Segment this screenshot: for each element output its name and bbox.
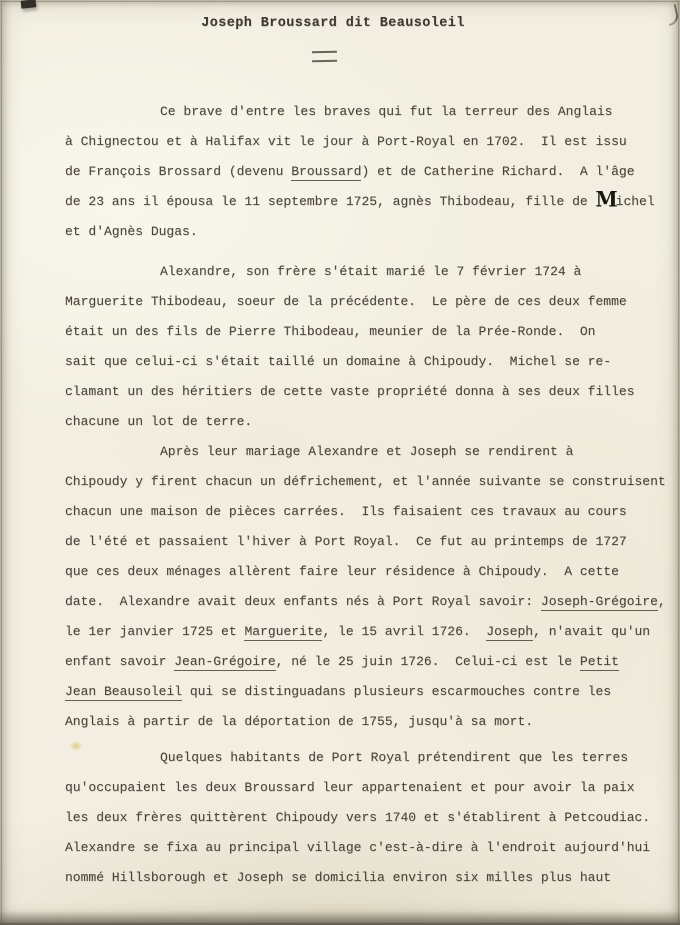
text-segment: Alexandre, son frère s'était marié le 7 … <box>160 264 581 279</box>
text-segment: à Chignectou et à Halifax vit le jour à … <box>65 134 627 149</box>
text-line: que ces deux ménages allèrent faire leur… <box>65 557 670 587</box>
text-line: Quelques habitants de Port Royal prétend… <box>65 743 670 773</box>
text-segment: ) et de Catherine Richard. A l'âge <box>361 164 634 179</box>
text-line: enfant savoir Jean-Grégoire, né le 25 ju… <box>65 647 670 677</box>
text-segment: qui se distinguadans plusieurs escarmouc… <box>182 684 611 699</box>
text-line: Jean Beausoleil qui se distinguadans plu… <box>65 677 670 707</box>
text-segment: enfant savoir <box>65 654 174 669</box>
text-segment: Ce brave d'entre les braves qui fut la t… <box>160 104 612 119</box>
text-segment: date. Alexandre avait deux enfants nés à… <box>65 594 541 609</box>
text-segment: Alexandre se fixa au principal village c… <box>65 840 650 855</box>
text-line: qu'occupaient les deux Broussard leur ap… <box>65 773 670 803</box>
text-line: Alexandre, son frère s'était marié le 7 … <box>65 257 670 287</box>
text-segment: Anglais à partir de la déportation de 17… <box>65 714 533 729</box>
text-line: à Chignectou et à Halifax vit le jour à … <box>65 127 670 157</box>
text-segment: et d'Agnès Dugas. <box>65 224 198 239</box>
text-line: de 23 ans il épousa le 11 septembre 1725… <box>65 187 670 217</box>
text-segment: chacune un lot de terre. <box>65 414 252 429</box>
text-segment: Quelques habitants de Port Royal prétend… <box>160 750 628 765</box>
text-segment: était un des fils de Pierre Thibodeau, m… <box>65 324 596 339</box>
text-segment: chacun une maison de pièces carrées. Ils… <box>65 504 627 519</box>
underlined-text-segment: Joseph <box>486 624 533 641</box>
underlined-text-segment: Broussard <box>291 164 361 181</box>
text-line: sait que celui-ci s'était taillé un doma… <box>65 347 670 377</box>
text-line: chacun une maison de pièces carrées. Ils… <box>65 497 670 527</box>
underlined-text-segment: Marguerite <box>244 624 322 641</box>
text-line: Marguerite Thibodeau, soeur de la précéd… <box>65 287 670 317</box>
text-line: date. Alexandre avait deux enfants nés à… <box>65 587 670 617</box>
text-segment: Marguerite Thibodeau, soeur de la précéd… <box>65 294 627 309</box>
underlined-text-segment: Jean-Grégoire <box>174 654 275 671</box>
document-page: Joseph Broussard dit Beausoleil Ce brave… <box>0 0 680 925</box>
text-segment: de François Brossard (devenu <box>65 164 291 179</box>
text-line: Alexandre se fixa au principal village c… <box>65 833 670 863</box>
text-line: Après leur mariage Alexandre et Joseph s… <box>65 437 670 467</box>
text-segment: le 1er janvier 1725 et <box>65 624 244 639</box>
text-segment: les deux frères quittèrent Chipoudy vers… <box>65 810 650 825</box>
text-line: nommé Hillsborough et Joseph se domicili… <box>65 863 670 893</box>
text-segment: que ces deux ménages allèrent faire leur… <box>65 564 619 579</box>
text-segment: nommé Hillsborough et Joseph se domicili… <box>65 870 611 885</box>
text-segment: clamant un des héritiers de cette vaste … <box>65 384 635 399</box>
text-line: clamant un des héritiers de cette vaste … <box>65 377 670 407</box>
underlined-text-segment: Jean Beausoleil <box>65 684 182 701</box>
pen-squiggle-mark <box>665 4 680 26</box>
text-line: Ce brave d'entre les braves qui fut la t… <box>65 97 670 127</box>
paragraph: Ce brave d'entre les braves qui fut la t… <box>65 97 670 247</box>
text-segment: Après leur mariage Alexandre et Joseph s… <box>160 444 573 459</box>
paragraph: Alexandre, son frère s'était marié le 7 … <box>65 257 670 437</box>
text-line: Anglais à partir de la déportation de 17… <box>65 707 670 737</box>
text-line: le 1er janvier 1725 et Marguerite, le 15… <box>65 617 670 647</box>
text-segment: , <box>658 594 666 609</box>
text-segment: sait que celui-ci s'était taillé un doma… <box>65 354 611 369</box>
text-line: Chipoudy y firent chacun un défrichement… <box>65 467 670 497</box>
text-line: était un des fils de Pierre Thibodeau, m… <box>65 317 670 347</box>
document-title: Joseph Broussard dit Beausoleil <box>0 16 666 31</box>
paragraph: Après leur mariage Alexandre et Joseph s… <box>65 437 670 737</box>
handwritten-correction: M <box>596 192 617 206</box>
title-underline-mark <box>312 51 337 62</box>
text-segment: qu'occupaient les deux Broussard leur ap… <box>65 780 635 795</box>
text-segment: , n'avait qu'un <box>533 624 650 639</box>
text-segment: de 23 ans il épousa le 11 septembre 1725… <box>65 194 596 209</box>
paragraph: Quelques habitants de Port Royal prétend… <box>65 743 670 893</box>
text-segment: , né le 25 juin 1726. Celui-ci est le <box>276 654 580 669</box>
text-line: les deux frères quittèrent Chipoudy vers… <box>65 803 670 833</box>
underlined-text-segment: Joseph-Grégoire <box>541 594 658 611</box>
underlined-text-segment: Petit <box>580 654 619 671</box>
text-line: de François Brossard (devenu Broussard) … <box>65 157 670 187</box>
text-segment: ichel <box>616 194 655 209</box>
page-bottom-shadow <box>0 911 680 925</box>
text-segment: de l'été et passaient l'hiver à Port Roy… <box>65 534 627 549</box>
document-body: Ce brave d'entre les braves qui fut la t… <box>65 97 670 893</box>
text-line: de l'été et passaient l'hiver à Port Roy… <box>65 527 670 557</box>
text-line: chacune un lot de terre. <box>65 407 670 437</box>
staple-mark <box>21 0 37 9</box>
text-segment: Chipoudy y firent chacun un défrichement… <box>65 474 666 489</box>
text-segment: , le 15 avril 1726. <box>322 624 486 639</box>
text-line: et d'Agnès Dugas. <box>65 217 670 247</box>
